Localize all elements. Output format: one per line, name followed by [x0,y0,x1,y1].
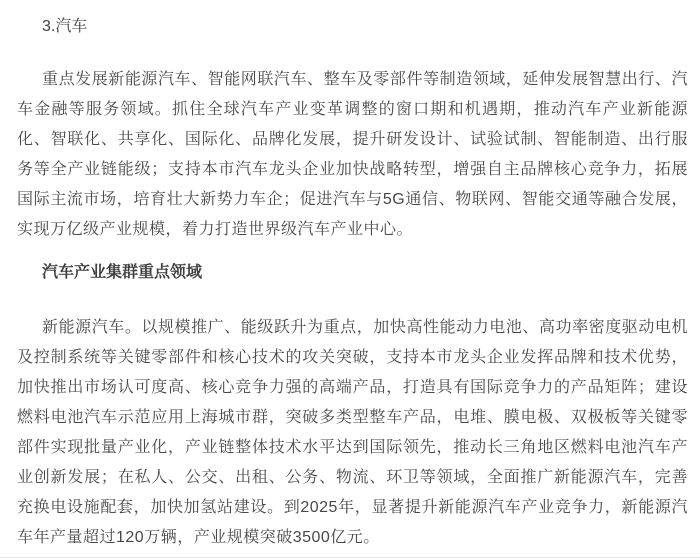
document-page: 3.汽车 重点发展新能源汽车、智能网联汽车、整车及零部件等制造领域，延伸发展智慧… [0,0,700,560]
bottom-divider [0,557,700,558]
cluster-subheading: 汽车产业集群重点领域 [42,258,688,288]
nev-paragraph: 新能源汽车。以规模推广、能级跃升为重点，加快高性能动力电池、高功率密度驱动电机及… [17,313,688,553]
section-number-title: 3.汽车 [42,12,688,42]
intro-paragraph: 重点发展新能源汽车、智能网联汽车、整车及零部件等制造领域，延伸发展智慧出行、汽车… [17,65,688,245]
